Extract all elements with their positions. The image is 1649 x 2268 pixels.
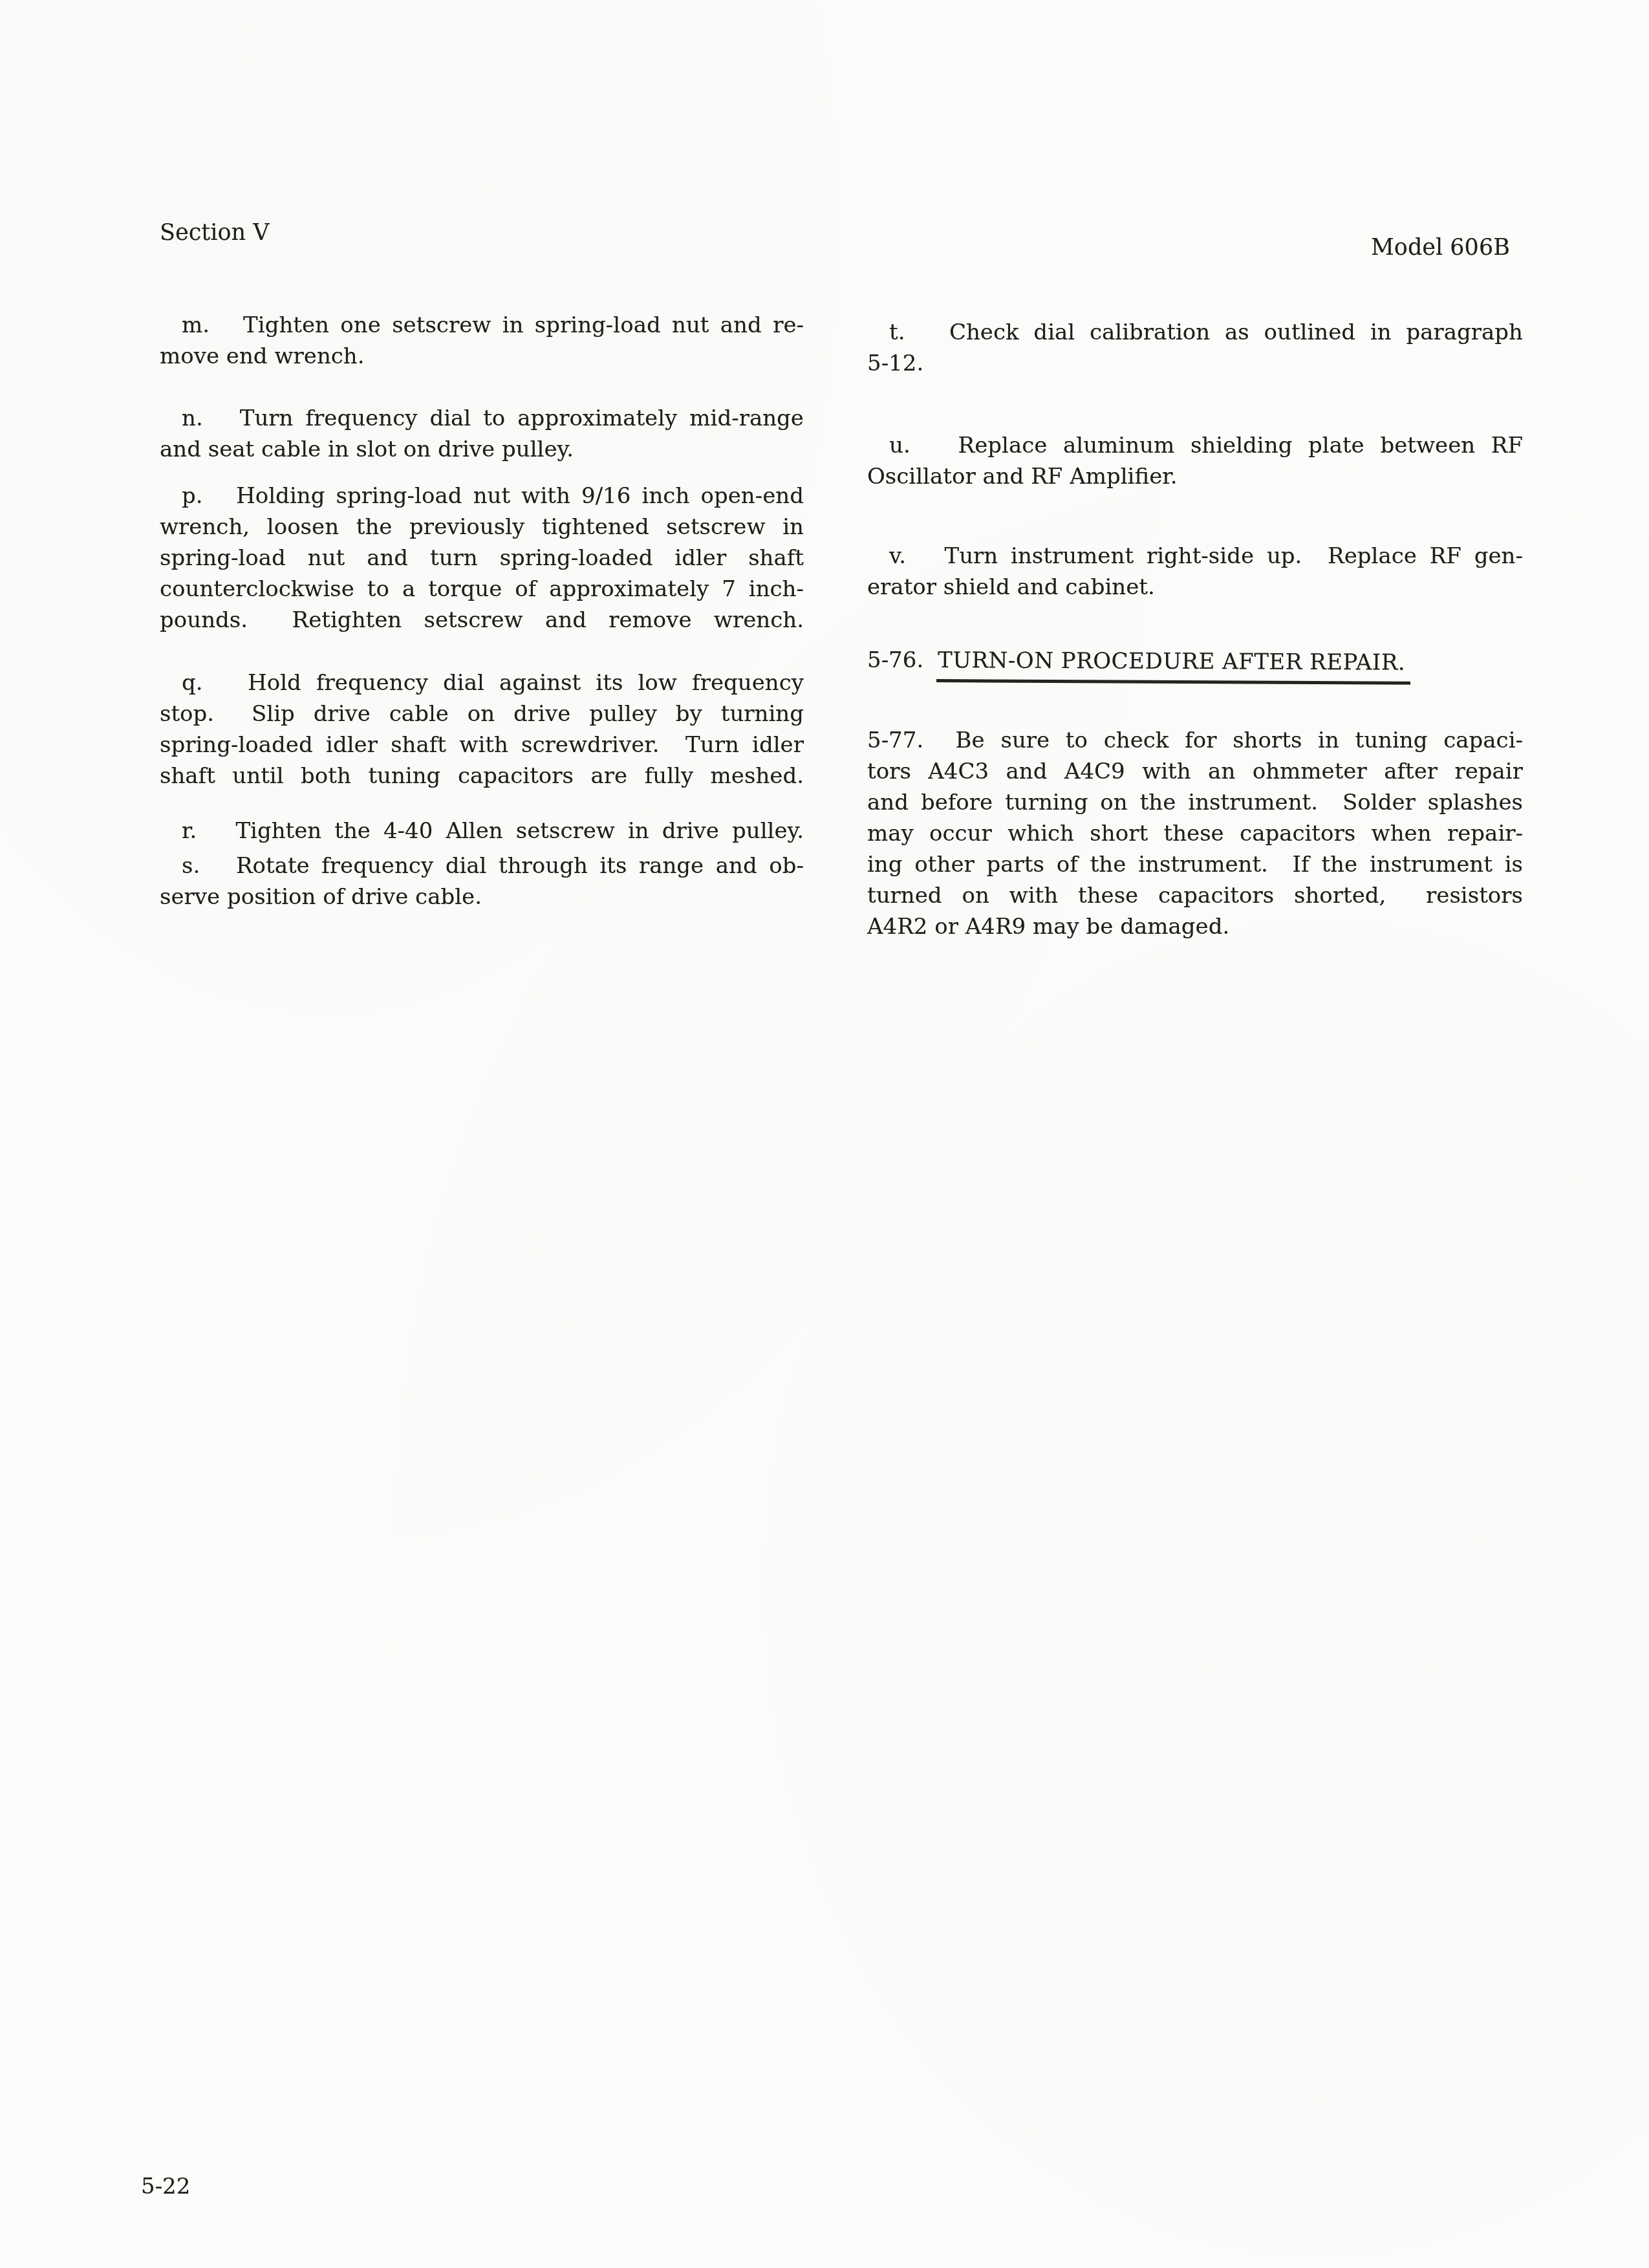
text-line: serve position of drive cable. [160, 881, 804, 913]
text-line: m. Tighten one setscrew in spring-load n… [160, 310, 804, 341]
model-header: Model 606B [1371, 232, 1510, 263]
right-column: t. Check dial calibration as outlined in… [867, 317, 1523, 942]
paragraph-s: s. Rotate frequency dial through its ran… [160, 850, 804, 913]
section-header: Section V [160, 217, 270, 248]
text-line: 5-77. Be sure to check for shorts in tun… [867, 725, 1523, 756]
paragraph-m: m. Tighten one setscrew in spring-load n… [160, 310, 804, 372]
text-line: q. Hold frequency dial against its low f… [160, 667, 804, 698]
text-line: pounds. Retighten setscrew and remove wr… [160, 605, 804, 636]
text-line: and before turning on the instrument. So… [867, 787, 1523, 818]
text-line: shaft until both tuning capacitors are f… [160, 761, 804, 792]
text-line: v. Turn instrument right-side up. Replac… [867, 541, 1523, 572]
text-line: counterclockwise to a torque of approxim… [160, 574, 804, 605]
paragraph-n: n. Turn frequency dial to approximately … [160, 403, 804, 465]
text-line: stop. Slip drive cable on drive pulley b… [160, 698, 804, 729]
paragraph-v: v. Turn instrument right-side up. Replac… [867, 541, 1523, 603]
text-line: and seat cable in slot on drive pulley. [160, 434, 804, 465]
left-column: m. Tighten one setscrew in spring-load n… [160, 310, 804, 913]
paragraph-5-76: 5-76.TURN-ON PROCEDURE AFTER REPAIR. [867, 645, 1523, 676]
text-line: move end wrench. [160, 341, 804, 372]
text-line: n. Turn frequency dial to approximately … [160, 403, 804, 434]
text-line: p. Holding spring-load nut with 9/16 inc… [160, 481, 804, 512]
text-line: may occur which short these capacitors w… [867, 818, 1523, 849]
text-line: tors A4C3 and A4C9 with an ohmmeter afte… [867, 756, 1523, 787]
manual-page: Section V Model 606B m. Tighten one sets… [0, 0, 1649, 2268]
text-line: spring-loaded idler shaft with screwdriv… [160, 729, 804, 761]
heading-title: TURN-ON PROCEDURE AFTER REPAIR. [936, 645, 1410, 685]
text-line: u. Replace aluminum shielding plate betw… [867, 430, 1523, 461]
text-line: 5-12. [867, 348, 1523, 379]
text-line: r. Tighten the 4-40 Allen setscrew in dr… [160, 815, 804, 847]
paragraph-q: q. Hold frequency dial against its low f… [160, 667, 804, 792]
text-line: t. Check dial calibration as outlined in… [867, 317, 1523, 348]
paragraph-p: p. Holding spring-load nut with 9/16 inc… [160, 481, 804, 636]
text-line: erator shield and cabinet. [867, 572, 1523, 603]
text-line: turned on with these capacitors shorted,… [867, 880, 1523, 911]
text-line: s. Rotate frequency dial through its ran… [160, 850, 804, 881]
heading-number: 5-76. [867, 647, 923, 673]
paragraph-r: r. Tighten the 4-40 Allen setscrew in dr… [160, 815, 804, 847]
text-line: A4R2 or A4R9 may be damaged. [867, 911, 1523, 942]
page-number: 5-22 [141, 2171, 190, 2202]
text-line: Oscillator and RF Amplifier. [867, 461, 1523, 492]
text-line: wrench, loosen the previously tightened … [160, 512, 804, 543]
paragraph-u: u. Replace aluminum shielding plate betw… [867, 430, 1523, 492]
text-line: ing other parts of the instrument. If th… [867, 849, 1523, 880]
paragraph-t: t. Check dial calibration as outlined in… [867, 317, 1523, 379]
text-line: spring-load nut and turn spring-loaded i… [160, 543, 804, 574]
paragraph-5-77: 5-77. Be sure to check for shorts in tun… [867, 725, 1523, 942]
